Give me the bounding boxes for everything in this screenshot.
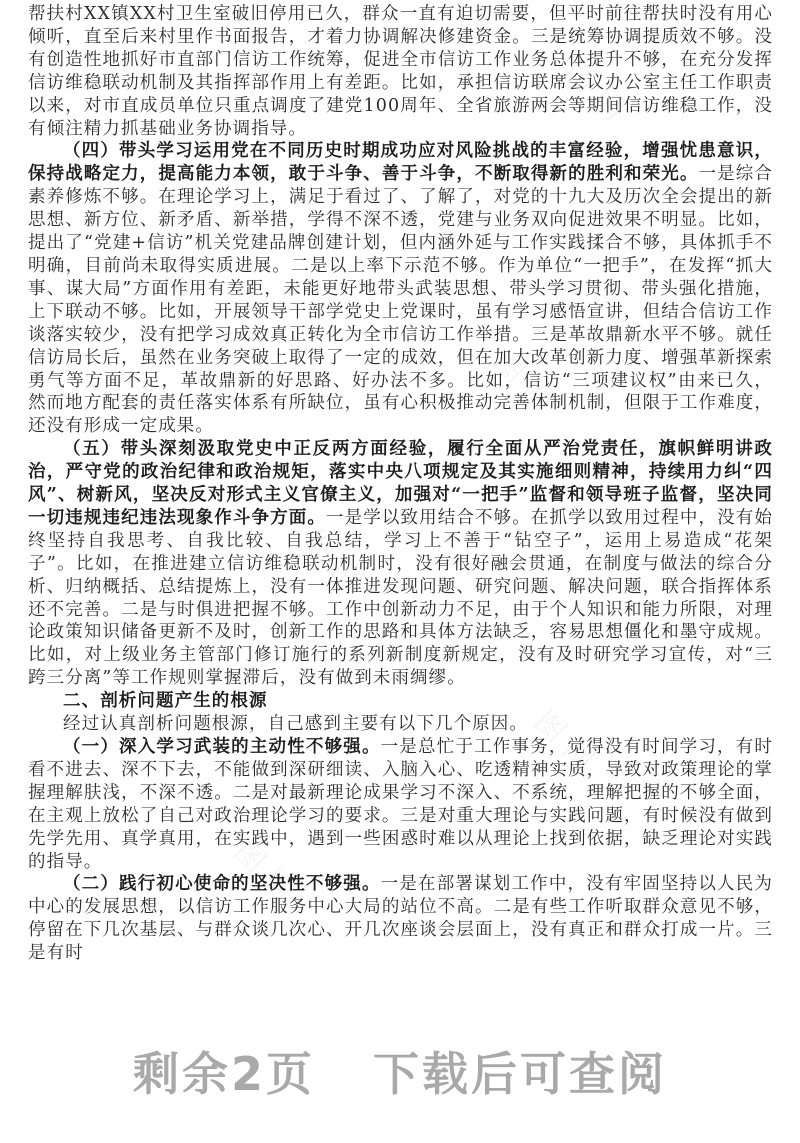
reason-2-lead-sentence: （二）践行初心使命的坚决性不够强。 — [63, 874, 381, 894]
paragraph-point-5: （五）带头深刻汲取党史中正反两方面经验，履行全面从严治党责任，旗帜鲜明讲政治，严… — [28, 438, 773, 690]
paragraph-section-2-intro: 经过认真剖析问题根源，自己感到主要有以下几个原因。 — [28, 713, 773, 736]
reason-1-lead-sentence: （一）深入学习武装的主动性不够强。 — [63, 737, 381, 757]
document-body: 帮扶村XX镇XX村卫生室破旧停用已久，群众一直有迫切需要，但平时前往帮扶时没有用… — [28, 3, 773, 965]
section-2-heading-text: 二、剖析问题产生的根源 — [63, 691, 268, 711]
reason-1-body-text: 一是总忙于工作事务，觉得没有时间学习，有时看不进去、深不下去，不能做到深研细读、… — [28, 737, 773, 872]
section-2-heading: 二、剖析问题产生的根源 — [28, 690, 773, 713]
point-4-lead-sentence: （四）带头学习运用党在不同历史时期成功应对风险挑战的丰富经验，增强忧患意识，保持… — [28, 141, 773, 184]
paragraph-reason-1: （一）深入学习武装的主动性不够强。一是总忙于工作事务，觉得没有时间学习，有时看不… — [28, 736, 773, 873]
point-5-body-text: 一是学以致用结合不够。在抓学以致用过程中，没有始终坚持自我思考、自我比较、自我总… — [28, 508, 773, 688]
download-prompt: 剩余2页下载后可查阅 — [0, 1038, 800, 1104]
paragraph-point-4: （四）带头学习运用党在不同历史时期成功应对风险挑战的丰富经验，增强忧患意识，保持… — [28, 140, 773, 438]
paragraph-continuation-text: 帮扶村XX镇XX村卫生室破旧停用已久，群众一直有迫切需要，但平时前往帮扶时没有用… — [28, 4, 773, 139]
download-hint-label: 下载后可查阅 — [373, 1047, 667, 1101]
section-2-intro-text: 经过认真剖析问题根源，自己感到主要有以下几个原因。 — [63, 714, 528, 734]
remaining-pages-label: 剩余2页 — [133, 1047, 315, 1101]
paragraph-reason-2: （二）践行初心使命的坚决性不够强。一是在部署谋划工作中，没有牢固坚持以人民为中心… — [28, 873, 773, 965]
document-page: 图网 图网 图网 图网 图网 图网 帮扶村XX镇XX村卫生室破旧停用已久，群众一… — [0, 0, 800, 1143]
point-4-body-text: 一是综合素养修炼不够。在理论学习上，满足于看过了、了解了，对党的十九大及历次全会… — [28, 164, 773, 436]
paragraph-continuation: 帮扶村XX镇XX村卫生室破旧停用已久，群众一直有迫切需要，但平时前往帮扶时没有用… — [28, 3, 773, 140]
